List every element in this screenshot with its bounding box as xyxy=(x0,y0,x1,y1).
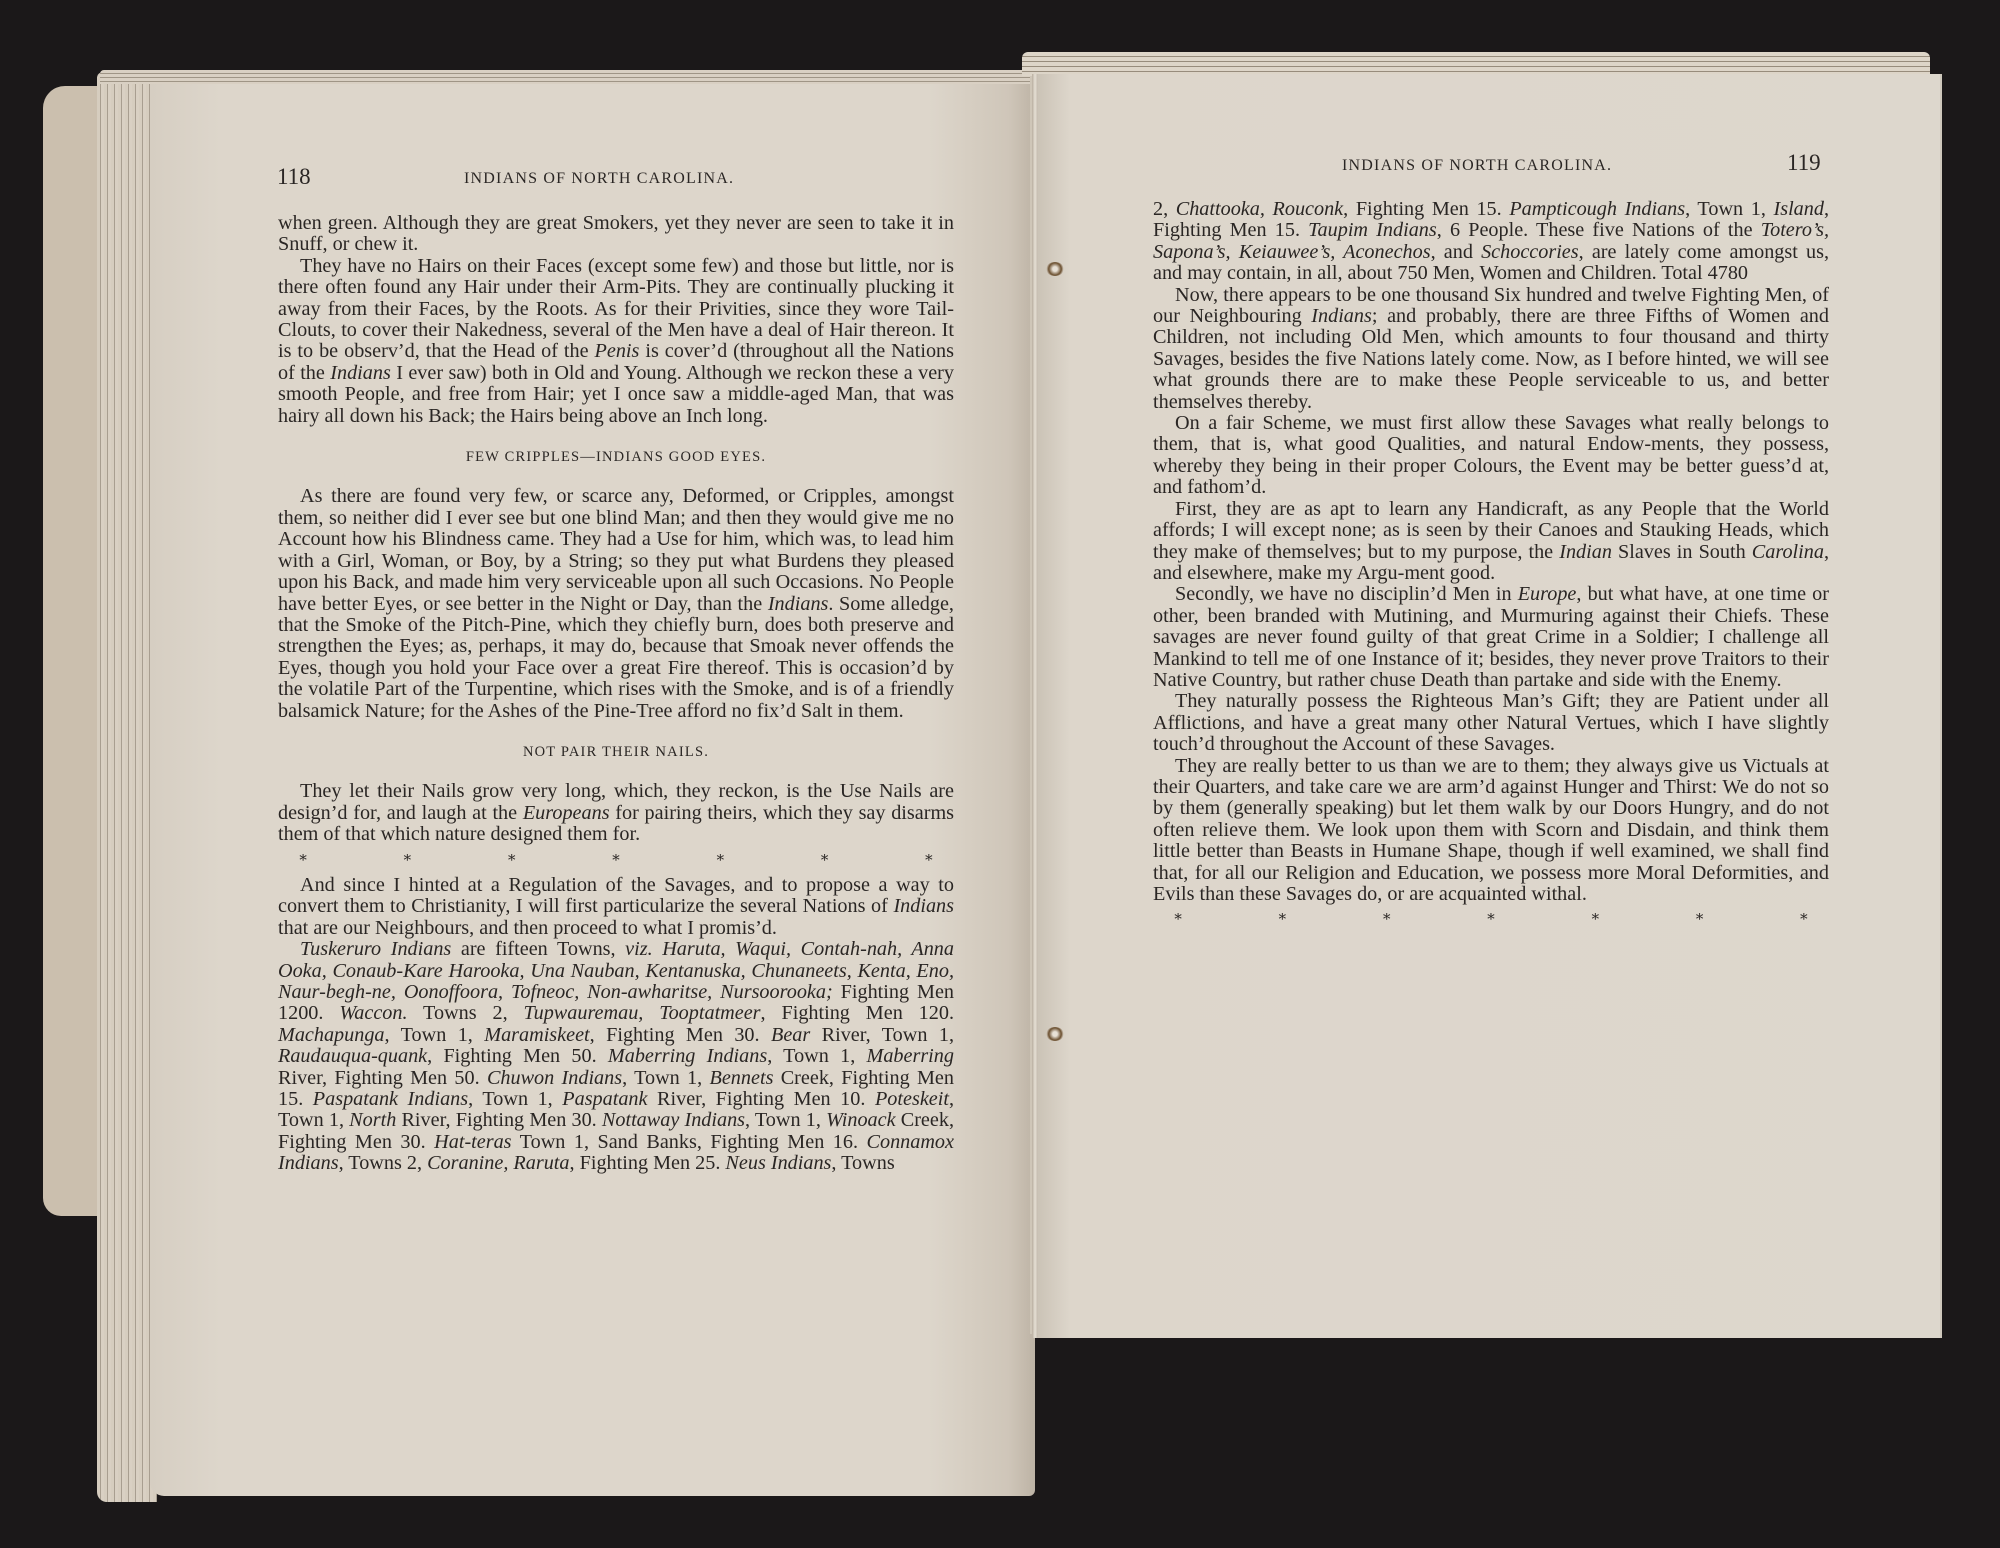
asterisk-icon: ∗ xyxy=(1590,907,1600,928)
page-edges-left xyxy=(97,72,157,1502)
asterisk-icon: ∗ xyxy=(715,848,725,869)
continued-paragraph: when green. Although they are great Smok… xyxy=(278,213,954,256)
asterisk-icon: ∗ xyxy=(924,848,934,869)
page-edges-top-left xyxy=(100,70,1040,84)
paragraph: And since I hinted at a Regulation of th… xyxy=(278,875,954,939)
continued-paragraph: 2, Chattooka, Rouconk, Fighting Men 15. … xyxy=(1153,199,1829,285)
page-number-left: 118 xyxy=(277,164,311,190)
asterisk-icon: ∗ xyxy=(1382,907,1392,928)
section-heading: NOT PAIR THEIR NAILS. xyxy=(278,742,954,763)
paragraph: On a fair Scheme, we must first allow th… xyxy=(1153,413,1829,499)
asterisk-icon: ∗ xyxy=(1277,907,1287,928)
staple-hole-icon xyxy=(1046,262,1064,276)
asterisk-icon: ∗ xyxy=(507,848,517,869)
paragraph: Now, there appears to be one thousand Si… xyxy=(1153,285,1829,413)
right-page-text: 2, Chattooka, Rouconk, Fighting Men 15. … xyxy=(1153,199,1829,935)
paragraph: They naturally possess the Righteous Man… xyxy=(1153,691,1829,755)
page-number-right: 119 xyxy=(1787,150,1821,176)
running-head-left: INDIANS OF NORTH CAROLINA. xyxy=(464,170,734,188)
paragraph: They let their Nails grow very long, whi… xyxy=(278,781,954,845)
asterisk-divider: ∗∗∗∗∗∗∗ xyxy=(278,846,954,875)
asterisk-icon: ∗ xyxy=(1173,907,1183,928)
paragraph: As there are found very few, or scarce a… xyxy=(278,486,954,721)
gutter xyxy=(1032,74,1038,1338)
paragraph: They are really better to us than we are… xyxy=(1153,756,1829,906)
asterisk-icon: ∗ xyxy=(1486,907,1496,928)
section-heading: FEW CRIPPLES—INDIANS GOOD EYES. xyxy=(278,447,954,468)
asterisk-icon: ∗ xyxy=(1694,907,1704,928)
page-edges-top-right xyxy=(1022,52,1930,76)
asterisk-icon: ∗ xyxy=(402,848,412,869)
staple-hole-icon xyxy=(1046,1027,1064,1041)
left-page-text: when green. Although they are great Smok… xyxy=(278,213,954,1175)
asterisk-icon: ∗ xyxy=(298,848,308,869)
asterisk-icon: ∗ xyxy=(819,848,829,869)
running-head-right: INDIANS OF NORTH CAROLINA. xyxy=(1342,157,1612,175)
paragraph: Tuskeruro Indians are fifteen Towns, viz… xyxy=(278,939,954,1174)
paragraph: First, they are as apt to learn any Hand… xyxy=(1153,499,1829,585)
paragraph: Secondly, we have no disciplin’d Men in … xyxy=(1153,584,1829,691)
asterisk-icon: ∗ xyxy=(1799,907,1809,928)
asterisk-icon: ∗ xyxy=(611,848,621,869)
asterisk-divider: ∗∗∗∗∗∗∗ xyxy=(1153,905,1829,934)
paragraph: They have no Hairs on their Faces (excep… xyxy=(278,256,954,427)
